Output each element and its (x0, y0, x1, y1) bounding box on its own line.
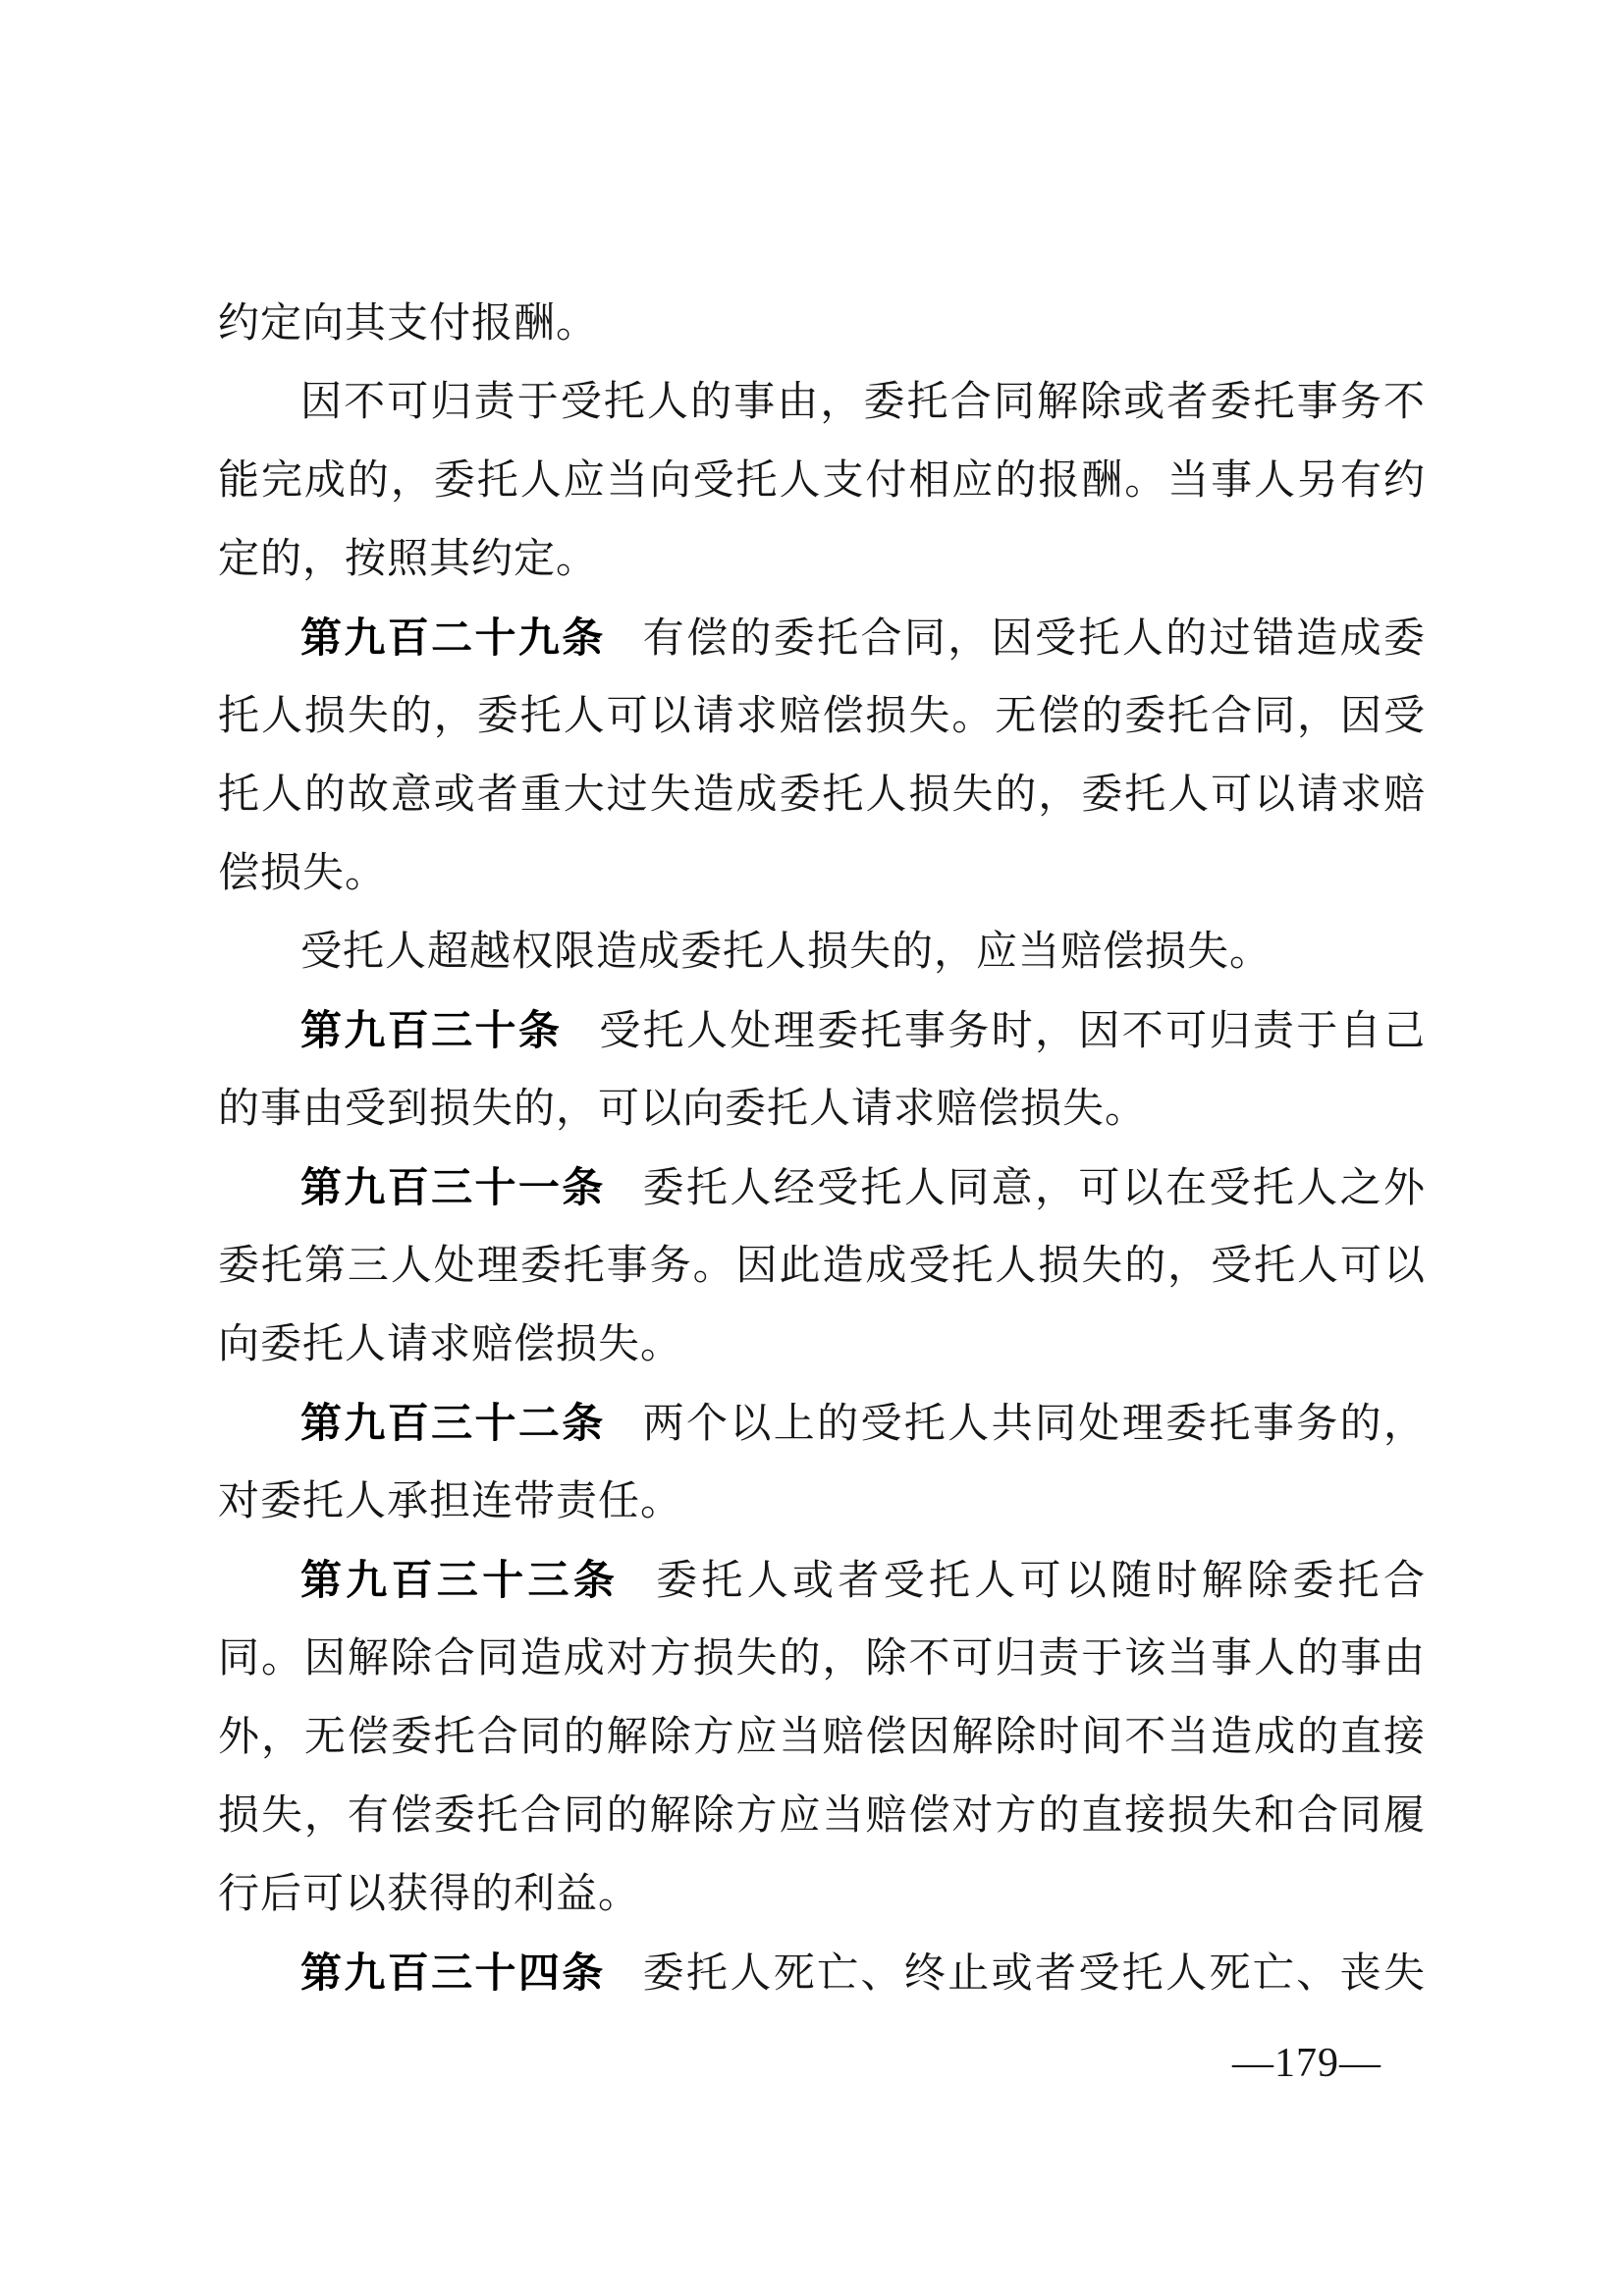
document-page: { "page": { "number_label": "—179—" }, "… (0, 0, 1624, 2296)
text-line: 的事由受到损失的，可以向委托人请求赔偿损失。 (218, 1070, 1426, 1148)
text-line: 同。因解除合同造成对方损失的，除不可归责于该当事人的事由 (218, 1620, 1426, 1698)
line-text: 委托人死亡、终止或者受托人死亡、丧失 (643, 1951, 1426, 1997)
line-text: 定的，按照其约定。 (218, 537, 598, 582)
line-text: 委托第三人处理委托事务。因此造成受托人损失的，受托人可以 (218, 1244, 1426, 1289)
text-line: 第九百三十条受托人处理委托事务时，因不可归责于自己 (218, 991, 1426, 1070)
text-line: 第九百三十三条委托人或者受托人可以随时解除委托合 (218, 1541, 1426, 1620)
line-text: 受托人超越权限造成委托人损失的，应当赔偿损失。 (300, 930, 1272, 975)
text-line: 向委托人请求赔偿损失。 (218, 1306, 1426, 1384)
text-line: 损失，有偿委托合同的解除方应当赔偿对方的直接损失和合同履 (218, 1777, 1426, 1855)
text-line: 偿损失。 (218, 834, 1426, 913)
line-text: 托人的故意或者重大过失造成委托人损失的，委托人可以请求赔 (218, 773, 1426, 818)
text-line: 托人损失的，委托人可以请求赔偿损失。无偿的委托合同，因受 (218, 677, 1426, 756)
line-text: 受托人处理委托事务时，因不可归责于自己 (599, 1009, 1426, 1054)
article-number: 第九百三十一条 (300, 1164, 606, 1210)
text-line: 约定向其支付报酬。 (218, 285, 1426, 363)
line-text: 有偿的委托合同，因受托人的过错造成委 (643, 616, 1426, 662)
line-text: 两个以上的受托人共同处理委托事务的， (643, 1402, 1426, 1447)
line-text: 委托人或者受托人可以随时解除委托合 (656, 1559, 1426, 1604)
line-text: 损失，有偿委托合同的解除方应当赔偿对方的直接损失和合同履 (218, 1793, 1426, 1839)
text-line: 第九百三十二条两个以上的受托人共同处理委托事务的， (218, 1384, 1426, 1463)
text-line: 第九百二十九条有偿的委托合同，因受托人的过错造成委 (218, 599, 1426, 677)
line-text: 向委托人请求赔偿损失。 (218, 1322, 682, 1367)
line-text: 对委托人承担连带责任。 (218, 1479, 682, 1524)
article-number: 第九百三十四条 (300, 1949, 606, 1996)
article-number: 第九百三十条 (300, 1007, 562, 1053)
page-background: 约定向其支付报酬。因不可归责于受托人的事由，委托合同解除或者委托事务不能完成的，… (0, 0, 1624, 2296)
line-text: 同。因解除合同造成对方损失的，除不可归责于该当事人的事由 (218, 1636, 1426, 1682)
text-line: 第九百三十一条委托人经受托人同意，可以在受托人之外 (218, 1148, 1426, 1227)
line-text: 行后可以获得的利益。 (218, 1872, 640, 1917)
document-body: 约定向其支付报酬。因不可归责于受托人的事由，委托合同解除或者委托事务不能完成的，… (218, 285, 1426, 2012)
text-line: 行后可以获得的利益。 (218, 1855, 1426, 1934)
text-line: 委托第三人处理委托事务。因此造成受托人损失的，受托人可以 (218, 1227, 1426, 1306)
text-line: 能完成的，委托人应当向受托人支付相应的报酬。当事人另有约 (218, 442, 1426, 520)
text-line: 因不可归责于受托人的事由，委托合同解除或者委托事务不 (218, 363, 1426, 442)
text-line: 对委托人承担连带责任。 (218, 1463, 1426, 1541)
line-text: 托人损失的，委托人可以请求赔偿损失。无偿的委托合同，因受 (218, 694, 1426, 739)
line-text: 约定向其支付报酬。 (218, 301, 598, 347)
line-text: 偿损失。 (218, 851, 387, 896)
text-line: 第九百三十四条委托人死亡、终止或者受托人死亡、丧失 (218, 1934, 1426, 2012)
text-line: 定的，按照其约定。 (218, 520, 1426, 599)
line-text: 外，无偿委托合同的解除方应当赔偿因解除时间不当造成的直接 (218, 1715, 1426, 1760)
text-line: 外，无偿委托合同的解除方应当赔偿因解除时间不当造成的直接 (218, 1698, 1426, 1777)
line-text: 能完成的，委托人应当向受托人支付相应的报酬。当事人另有约 (218, 458, 1426, 504)
text-line: 托人的故意或者重大过失造成委托人损失的，委托人可以请求赔 (218, 756, 1426, 834)
page-number: —179— (1232, 2040, 1381, 2087)
article-number: 第九百三十三条 (300, 1557, 619, 1603)
line-text: 的事由受到损失的，可以向委托人请求赔偿损失。 (218, 1087, 1147, 1132)
article-number: 第九百三十二条 (300, 1400, 606, 1446)
text-line: 受托人超越权限造成委托人损失的，应当赔偿损失。 (218, 913, 1426, 991)
article-number: 第九百二十九条 (300, 614, 606, 661)
line-text: 委托人经受托人同意，可以在受托人之外 (643, 1166, 1426, 1211)
line-text: 因不可归责于受托人的事由，委托合同解除或者委托事务不 (300, 380, 1426, 425)
